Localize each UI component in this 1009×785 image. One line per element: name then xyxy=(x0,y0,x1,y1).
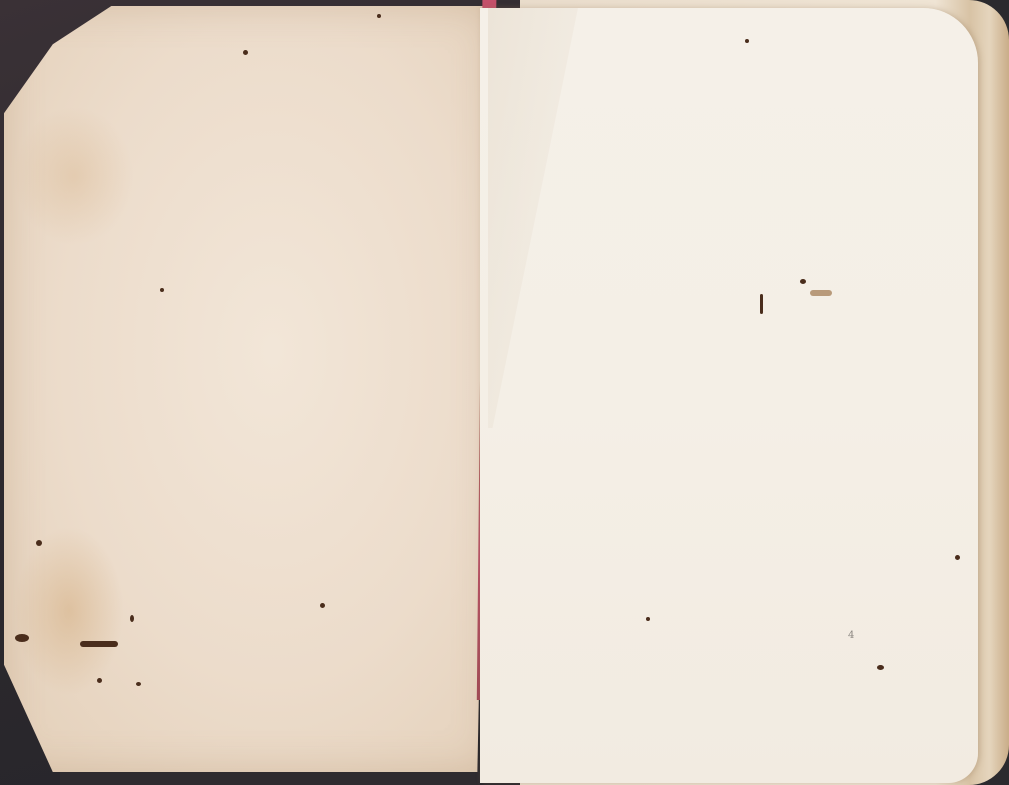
wormhole xyxy=(377,14,381,18)
page-fold xyxy=(488,8,578,428)
wormhole xyxy=(955,555,960,560)
wormhole xyxy=(136,682,141,686)
wormhole xyxy=(877,665,884,670)
wormhole xyxy=(160,288,164,292)
foxing-stain xyxy=(14,106,134,246)
book-photo: 4 xyxy=(0,0,1009,785)
wormhole xyxy=(646,617,650,621)
right-page xyxy=(480,8,978,783)
wormhole xyxy=(243,50,248,55)
water-stain xyxy=(14,526,124,696)
wormhole xyxy=(800,279,806,284)
left-page xyxy=(4,6,492,772)
wormhole xyxy=(320,603,325,608)
wormhole xyxy=(745,39,749,43)
wormhole xyxy=(15,634,29,642)
wormhole xyxy=(130,615,134,622)
pencil-mark: 4 xyxy=(848,630,854,641)
wormhole xyxy=(80,641,118,647)
wormhole xyxy=(36,540,42,546)
wormhole xyxy=(810,290,832,296)
wormhole xyxy=(760,294,763,314)
wormhole xyxy=(97,678,102,683)
